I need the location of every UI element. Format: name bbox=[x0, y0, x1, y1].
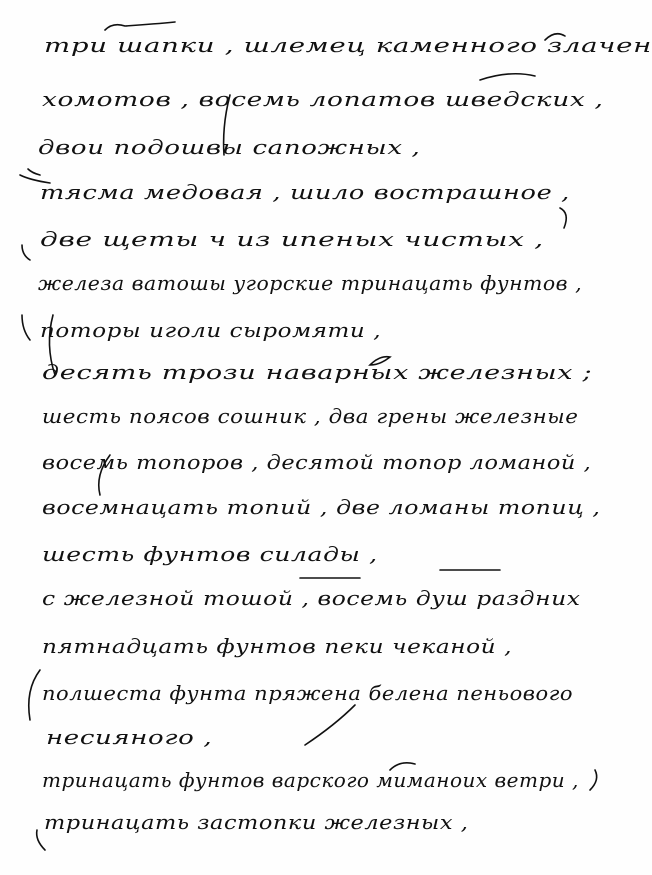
manuscript-line-17: тринацать фунтов варского миманоих ветри… bbox=[42, 768, 579, 792]
manuscript-line-12: шесть фунтов силады , bbox=[42, 542, 378, 566]
manuscript-line-1: три шапки , шлемец каменного злаченого bbox=[44, 33, 652, 57]
manuscript-line-6: железа ватошы угорские тринацать фунтов … bbox=[38, 271, 582, 295]
manuscript-line-3: двои подошвы сапожных , bbox=[38, 135, 420, 159]
manuscript-line-4: тясма медовая , шило вострашное , bbox=[40, 180, 570, 204]
manuscript-line-5: две щеты ч из ипеных чистых , bbox=[40, 227, 544, 251]
manuscript-page: три шапки , шлемец каменного злаченого х… bbox=[0, 0, 652, 875]
manuscript-line-8: десять трози наварных железных ; bbox=[42, 360, 592, 384]
manuscript-line-9: шесть поясов сошник , два грены железные bbox=[42, 404, 578, 428]
manuscript-line-7: поторы иголи сыромяти , bbox=[40, 318, 381, 342]
manuscript-line-10: восемь топоров , десятой топор ломаной , bbox=[42, 450, 591, 474]
manuscript-line-15: полшеста фунта пряжена белена пеньового bbox=[42, 681, 573, 705]
manuscript-line-14: пятнадцать фунтов пеки чеканой , bbox=[42, 634, 512, 658]
manuscript-line-16: несияного , bbox=[46, 725, 212, 749]
manuscript-line-13: с железной тошой , восемь душ раздних bbox=[42, 586, 581, 610]
manuscript-line-11: восемнацать топий , две ломаны топиц , bbox=[42, 495, 600, 519]
manuscript-line-18: тринацать застопки железных , bbox=[44, 810, 468, 834]
manuscript-line-2: хомотов , восемь лопатов шведских , bbox=[42, 87, 604, 111]
